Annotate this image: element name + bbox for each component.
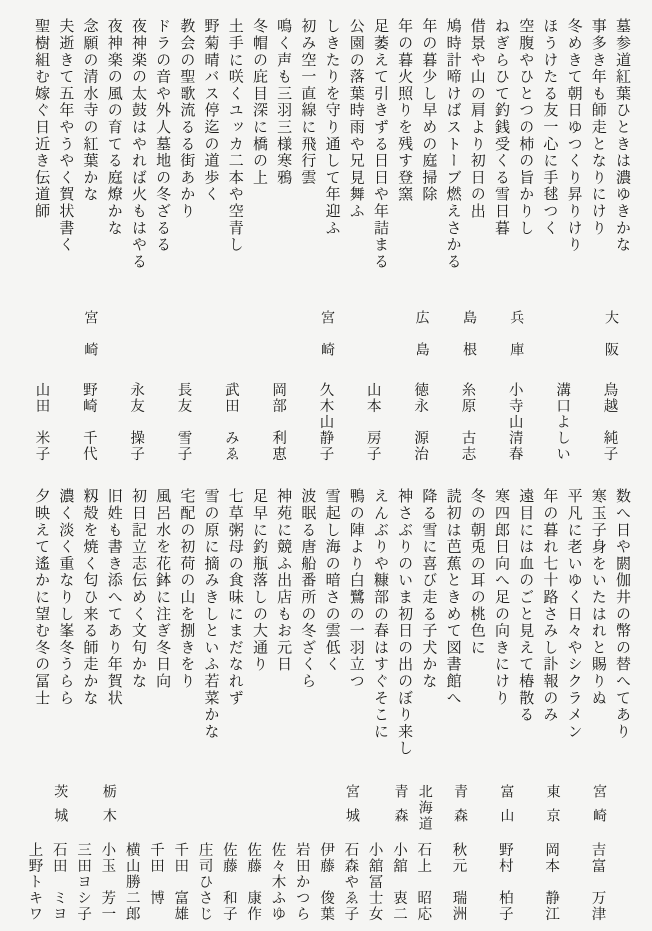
- author-entry: 青森小舘 衷二: [390, 784, 408, 931]
- author-entry: 宮崎久木山静子: [316, 310, 336, 480]
- author-name: 伊藤 俊葉: [316, 842, 337, 923]
- author-section-2: 宮崎吉富 万津東京岡本 静江富山野村 柏子青森秋元 瑞洲北海道石上 昭応青森小舘…: [0, 780, 652, 931]
- haiku-line: 寒玉子身をいたはれと賜りぬ: [586, 488, 610, 780]
- haiku-line: 波眠る唐船番所の冬ざくら: [295, 488, 319, 780]
- author-entry: 長友 雪子: [174, 310, 194, 480]
- author-name: 千田 富雄: [170, 842, 191, 923]
- author-name: 小舘 衷二: [389, 842, 410, 923]
- author-name: 久木山静子: [315, 382, 336, 463]
- haiku-line: 神苑に競ふ出店もお元日: [271, 488, 295, 780]
- author-entry: 山本 房子: [363, 310, 383, 480]
- haiku-line: 年の暮れ七十路さみし訃報のみ: [537, 488, 561, 780]
- author-entry: 宮崎吉富 万津: [578, 784, 618, 931]
- haiku-line: 籾殻を焼く匂ひ来る師走かな: [77, 488, 101, 780]
- author-entry: 岡部 利恵: [269, 310, 289, 480]
- haiku-line: 風呂水を花鉢に注ぎ冬日向: [150, 488, 174, 780]
- author-entry: 溝口よしい: [553, 310, 573, 480]
- poem-section-1: 墓参道紅葉ひときは濃ゆきかな事多き年も師走となりにけり冬めきて朝日ゆつくり昇りけ…: [0, 0, 652, 300]
- author-entry: 兵庫小寺山清春: [505, 310, 525, 480]
- haiku-line: 足萎えて引きずる日日や年詰まる: [368, 18, 392, 300]
- author-entry: 宮城石森やゑ子: [342, 784, 360, 931]
- author-entry: 佐々木ふゆ: [269, 784, 287, 931]
- prefecture-label: 栃木: [98, 784, 118, 842]
- author-entry: 上野トキワ: [26, 784, 44, 931]
- author-name: 小寺山清春: [505, 382, 526, 463]
- author-entry: 青森秋元 瑞洲: [439, 784, 479, 931]
- haiku-line: 初日記立志伝めく文句かな: [126, 488, 150, 780]
- author-entry: 東京岡本 静江: [532, 784, 572, 931]
- author-entry: 伊藤 俊葉: [318, 784, 336, 931]
- haiku-line: 土手に咲くユッカ二本や空青し: [223, 18, 247, 300]
- author-name: 徳永 源治: [410, 382, 431, 463]
- author-name: 野崎 千代: [79, 382, 100, 463]
- author-section-1: 大阪鳥越 純子溝口よしい兵庫小寺山清春島根糸原 古志広島徳永 源治山本 房子宮崎…: [0, 300, 652, 480]
- haiku-line: 雪の原に摘みきしといふ若菜かな: [198, 488, 222, 780]
- haiku-line: 鴨の陣より白鷺の一羽立つ: [344, 488, 368, 780]
- author-entry: 宮崎野崎 千代: [79, 310, 99, 480]
- haiku-line: 平凡に老いゆく日々やシクラメン: [561, 488, 585, 780]
- author-name: 上野トキワ: [25, 842, 46, 923]
- haiku-line: 野菊晴バス停迄の道歩く: [198, 18, 222, 300]
- author-name: 山田 米子: [32, 382, 53, 463]
- prefecture-label: 茨城: [49, 784, 69, 842]
- author-name: 小舘冨士女: [365, 842, 386, 923]
- haiku-line: 鳴く声も三羽三様寒鴉: [271, 18, 295, 300]
- haiku-line: しきたりを守り通して年迎ふ: [319, 18, 343, 300]
- haiku-line: 夕映えて遙かに望む冬の冨士: [29, 488, 53, 780]
- prefecture-label: 東京: [542, 784, 562, 842]
- haiku-line: 夫逝きて五年やうやく賀状書く: [53, 18, 77, 300]
- haiku-line: 数へ日や閼伽井の幣の替へてあり: [610, 488, 634, 780]
- author-entry: 富山野村 柏子: [485, 784, 525, 931]
- haiku-line: 教会の聖歌流るる街あかり: [174, 18, 198, 300]
- prefecture-label: 大阪: [600, 310, 620, 382]
- haiku-line: 借景や山の肩より初日の出: [465, 18, 489, 300]
- author-name: 溝口よしい: [552, 382, 573, 463]
- prefecture-label: 宮崎: [588, 784, 608, 842]
- author-entry: 佐藤 和子: [220, 784, 238, 931]
- prefecture-label: 宮城: [341, 784, 361, 842]
- haiku-line: えんぶりや糠部の春はすぐそこに: [368, 488, 392, 780]
- author-entry: 千田 博: [147, 784, 165, 931]
- author-name: 石上 昭応: [413, 842, 434, 923]
- prefecture-label: 北海道: [414, 784, 434, 842]
- haiku-line: 夜神楽の風の育てる庭燎かな: [102, 18, 126, 300]
- author-name: 岡本 静江: [541, 842, 562, 923]
- haiku-line: 足早に釣瓶落しの大通り: [247, 488, 271, 780]
- haiku-line: 鳩時計啼けばストーブ燃えさかる: [440, 18, 464, 300]
- haiku-line: 年の暮少し早めの庭掃除: [416, 18, 440, 300]
- prefecture-label: 広島: [411, 310, 431, 382]
- author-entry: 茨城石田 ミヨ: [50, 784, 68, 931]
- scanned-haiku-page: 墓参道紅葉ひときは濃ゆきかな事多き年も師走となりにけり冬めきて朝日ゆつくり昇りけ…: [0, 0, 652, 931]
- author-entry: 岩田かつら: [293, 784, 311, 931]
- author-name: 野村 柏子: [495, 842, 516, 923]
- haiku-line: 遠目には血のごと見えて椿散る: [513, 488, 537, 780]
- haiku-line: 年の暮火照りを残す登窯: [392, 18, 416, 300]
- prefecture-label: 兵庫: [505, 310, 525, 382]
- haiku-line: ドラの音や外人墓地の冬ざるる: [150, 18, 174, 300]
- author-name: 武田 みゑ: [221, 382, 242, 463]
- author-entry: 北海道石上 昭応: [415, 784, 433, 931]
- author-entry: 小舘冨士女: [366, 784, 384, 931]
- author-name: 佐藤 和子: [219, 842, 240, 923]
- author-name: 岡部 利恵: [268, 382, 289, 463]
- haiku-line: 旧姓も書き添へてあり年賀状: [102, 488, 126, 780]
- haiku-line: 読初は芭蕉ときめて図書館へ: [440, 488, 464, 780]
- author-entry: 三田ヨシ子: [75, 784, 93, 931]
- haiku-line: 聖樹組む嫁ぐ日近き伝道師: [29, 18, 53, 300]
- haiku-line: 事多き年も師走となりにけり: [586, 18, 610, 300]
- author-name: 岩田かつら: [292, 842, 313, 923]
- author-name: 糸原 古志: [457, 382, 478, 463]
- haiku-line: 寒四郎日向へ足の向きにけり: [489, 488, 513, 780]
- author-entry: 広島徳永 源治: [411, 310, 431, 480]
- prefecture-label: 宮崎: [79, 310, 99, 382]
- author-entry: 千田 富雄: [172, 784, 190, 931]
- haiku-line: 降る雪に喜び走る子犬かな: [416, 488, 440, 780]
- author-entry: 大阪鳥越 純子: [600, 310, 620, 480]
- author-entry: 横山勝二郎: [123, 784, 141, 931]
- prefecture-label: 青森: [389, 784, 409, 842]
- poem-section-2: 数へ日や閼伽井の幣の替へてあり寒玉子身をいたはれと賜りぬ平凡に老いゆく日々やシク…: [0, 480, 652, 780]
- author-name: 小玉 芳一: [97, 842, 118, 923]
- haiku-line: 冬帽の庇目深に橋の上: [247, 18, 271, 300]
- haiku-line: 念願の清水寺の紅葉かな: [77, 18, 101, 300]
- haiku-line: ほうけたる友一心に手毬つく: [537, 18, 561, 300]
- author-name: 石森やゑ子: [340, 842, 361, 923]
- author-entry: 永友 操子: [127, 310, 147, 480]
- author-entry: 栃木小玉 芳一: [99, 784, 117, 931]
- author-name: 石田 ミヨ: [49, 842, 70, 923]
- haiku-line: 濃く淡く重なりし峯冬うらら: [53, 488, 77, 780]
- author-name: 佐々木ふゆ: [267, 842, 288, 923]
- haiku-line: 神さぶりのいま初日の出のぼり来し: [392, 488, 416, 780]
- author-entry: 武田 みゑ: [221, 310, 241, 480]
- author-entry: 山田 米子: [32, 310, 52, 480]
- prefecture-label: 島根: [458, 310, 478, 382]
- haiku-line: ねぎらひて釣銭受くる雪日暮: [489, 18, 513, 300]
- author-name: 吉富 万津: [587, 842, 608, 923]
- haiku-line: 冬の朝兎の耳の桃色に: [465, 488, 489, 780]
- haiku-line: 初み空一直線に飛行雲: [295, 18, 319, 300]
- author-name: 佐藤 康作: [243, 842, 264, 923]
- author-name: 千田 博: [146, 842, 167, 906]
- author-name: 永友 操子: [126, 382, 147, 463]
- author-name: 秋元 瑞洲: [449, 842, 470, 923]
- author-entry: 佐藤 康作: [245, 784, 263, 931]
- author-name: 長友 雪子: [173, 382, 194, 463]
- prefecture-label: 青森: [449, 784, 469, 842]
- haiku-line: 雪起し海の暗さの雲低く: [319, 488, 343, 780]
- author-name: 庄司ひさじ: [195, 842, 216, 923]
- haiku-line: 七草粥母の食味にまだなれず: [223, 488, 247, 780]
- prefecture-label: 富山: [495, 784, 515, 842]
- haiku-line: 宅配の初荷の山を捌きをり: [174, 488, 198, 780]
- haiku-line: 墓参道紅葉ひときは濃ゆきかな: [610, 18, 634, 300]
- author-name: 鳥越 純子: [599, 382, 620, 463]
- haiku-line: 夜神楽の太鼓はやれば火もはやる: [126, 18, 150, 300]
- haiku-line: 公園の落葉時雨や兄見舞ふ: [344, 18, 368, 300]
- author-name: 山本 房子: [363, 382, 384, 463]
- author-name: 横山勝二郎: [122, 842, 143, 923]
- author-entry: 庄司ひさじ: [196, 784, 214, 931]
- author-name: 三田ヨシ子: [73, 842, 94, 923]
- author-entry: 島根糸原 古志: [458, 310, 478, 480]
- haiku-line: 冬めきて朝日ゆつくり昇りけり: [561, 18, 585, 300]
- haiku-line: 空腹やひとつの柿の旨かりし: [513, 18, 537, 300]
- prefecture-label: 宮崎: [316, 310, 336, 382]
